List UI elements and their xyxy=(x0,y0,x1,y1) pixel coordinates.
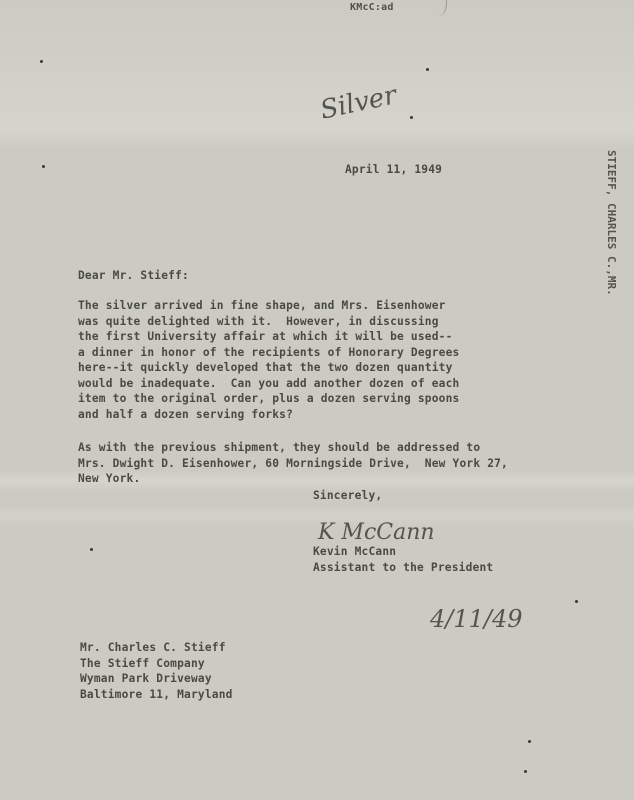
handwritten-date: 4/11/49 xyxy=(430,605,523,633)
speck xyxy=(42,165,45,168)
handwritten-note-silver: Silver xyxy=(318,80,400,125)
speck xyxy=(40,60,43,63)
pencil-mark xyxy=(430,0,447,16)
body-paragraph-1: The silver arrived in fine shape, and Mr… xyxy=(78,298,459,422)
speck xyxy=(410,116,413,119)
speck xyxy=(528,740,531,743)
file-label-vertical: STIEFF, CHARLES C.,MR. xyxy=(605,150,618,296)
signer-block: Kevin McCann Assistant to the President xyxy=(313,544,493,575)
recipient-address: Mr. Charles C. Stieff The Stieff Company… xyxy=(80,640,233,702)
speck xyxy=(524,770,527,773)
closing: Sincerely, xyxy=(313,488,382,504)
handwritten-signature: K McCann xyxy=(318,520,435,545)
body-paragraph-2: As with the previous shipment, they shou… xyxy=(78,440,508,487)
letter-page: KMcC:ad Silver April 11, 1949 STIEFF, CH… xyxy=(0,0,634,800)
letter-date: April 11, 1949 xyxy=(345,162,442,178)
salutation: Dear Mr. Stieff: xyxy=(78,268,189,284)
speck xyxy=(90,548,93,551)
speck xyxy=(575,600,578,603)
reference-initials: KMcC:ad xyxy=(350,0,394,16)
speck xyxy=(426,68,429,71)
